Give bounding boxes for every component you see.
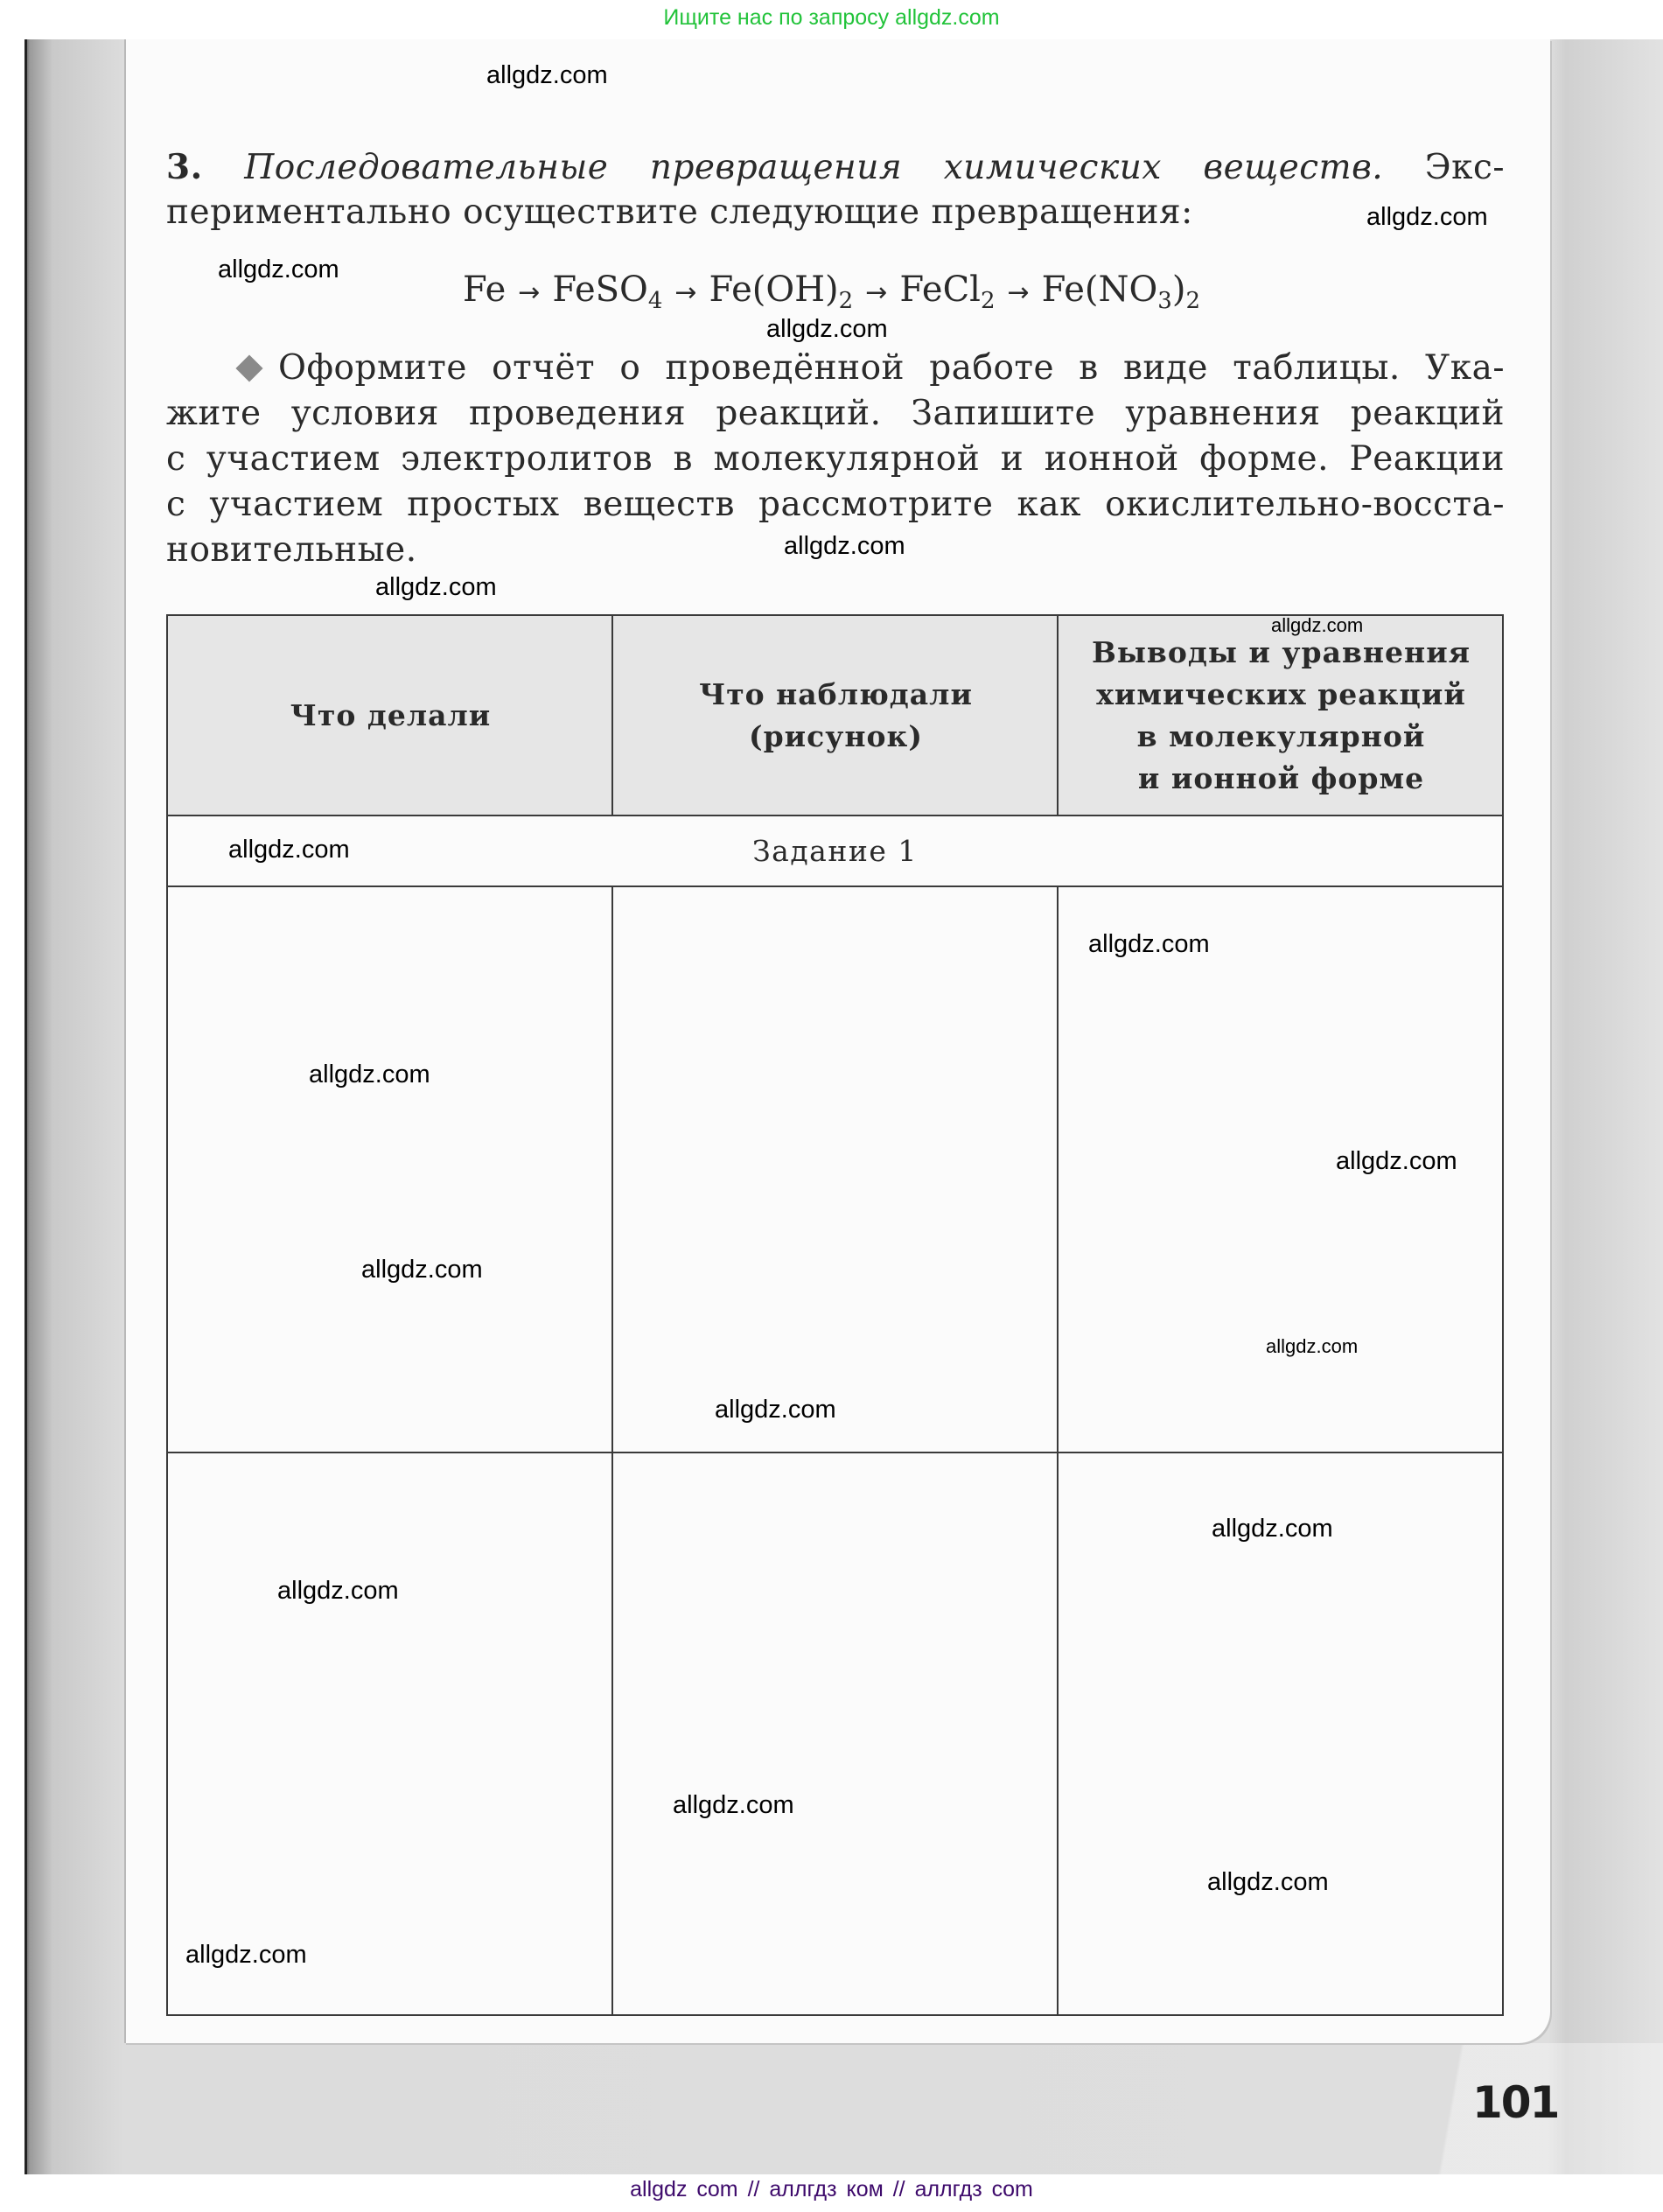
watermark: allgdz.com: [1088, 930, 1210, 959]
cell-row2-observed[interactable]: [613, 1453, 1057, 2014]
formula-step-4: FeCl2: [899, 269, 995, 310]
section-row-task-1: Задание 1: [168, 816, 1502, 887]
watermark: allgdz.com: [218, 255, 339, 284]
watermark: allgdz.com: [375, 573, 497, 602]
task-heading-line-1: 3. Последовательные превращения химическ…: [166, 147, 1505, 187]
instruction-line-2: жите условия проведения реакций. Запишит…: [166, 394, 1505, 433]
instruction-line-4: с участием простых веществ рассмотрите к…: [166, 485, 1505, 524]
header-conclusions: Выводы и уравненияхимических реакцийв мо…: [1059, 616, 1504, 815]
watermark: allgdz.com: [1336, 1147, 1457, 1176]
watermark: allgdz.com: [185, 1941, 307, 1970]
formula-step-1: Fe: [463, 269, 506, 310]
watermark: allgdz.com: [486, 61, 608, 90]
arrow-icon: →: [1008, 277, 1030, 308]
task-title: Последовательные превращения химических …: [244, 148, 1383, 187]
arrow-icon: →: [518, 277, 540, 308]
task-intro-end: периментально осуществите следующие прев…: [166, 192, 1193, 232]
watermark: allgdz.com: [766, 315, 888, 344]
diamond-bullet-icon: [235, 354, 262, 381]
header-divider-1: [611, 616, 613, 816]
book-binding-edge: [24, 39, 27, 2174]
watermark: allgdz.com: [228, 836, 350, 864]
watermark: allgdz.com: [673, 1791, 794, 1820]
watermark: allgdz.com: [1271, 614, 1363, 637]
watermark: allgdz.com: [361, 1256, 483, 1284]
task-intro-start: Экс-: [1425, 148, 1505, 187]
watermark: allgdz.com: [715, 1396, 836, 1424]
report-table: Что делали Что наблюдали(рисунок) Выводы…: [166, 614, 1504, 2016]
instruction-line-1: Оформите отчёт о проведённой работе в ви…: [166, 348, 1505, 388]
arrow-icon: →: [674, 277, 696, 308]
page-number: 101: [1472, 2077, 1558, 2128]
task-heading-line-2: периментально осуществите следующие прев…: [166, 192, 1505, 232]
watermark: allgdz.com: [1207, 1868, 1329, 1897]
watermark: allgdz.com: [309, 1060, 430, 1089]
cell-row1-observed[interactable]: [613, 887, 1057, 1452]
watermark: allgdz.com: [1266, 1335, 1358, 1358]
instruction-line-3: с участием электролитов в молекулярной и…: [166, 439, 1505, 479]
cell-row1-what-done[interactable]: [168, 887, 611, 1452]
watermark: allgdz.com: [1366, 203, 1488, 232]
header-divider-2: [1057, 616, 1059, 816]
formula-step-5: Fe(NO3)2: [1042, 269, 1200, 310]
watermark: allgdz.com: [277, 1577, 399, 1606]
search-banner[interactable]: Ищите нас по запросу allgdz.com: [0, 0, 1663, 39]
arrow-icon: →: [865, 277, 887, 308]
cell-row2-what-done[interactable]: [168, 1453, 611, 2014]
formula-step-3: Fe(OH)2: [709, 269, 854, 310]
footer-links[interactable]: allgdz com // аллгдз ком // аллгдз com: [0, 2174, 1663, 2212]
watermark: allgdz.com: [784, 532, 905, 561]
table-header: Что делали Что наблюдали(рисунок) Выводы…: [168, 616, 1502, 816]
watermark: allgdz.com: [1212, 1515, 1333, 1543]
header-what-done: Что делали: [168, 616, 613, 815]
header-what-observed: Что наблюдали(рисунок): [613, 616, 1059, 815]
task-number: 3.: [166, 147, 203, 187]
formula-step-2: FeSO4: [552, 269, 662, 310]
